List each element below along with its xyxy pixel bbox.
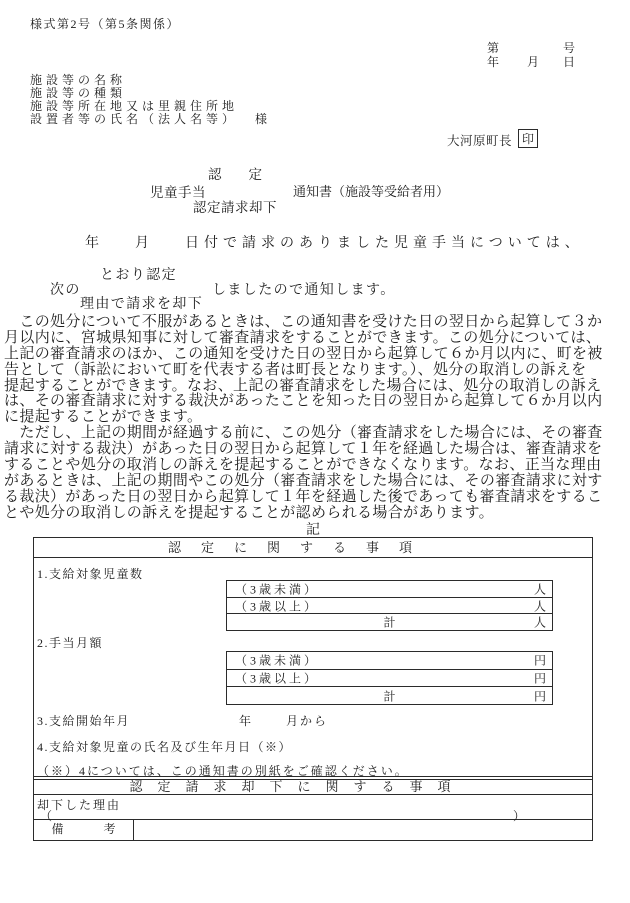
remarks-row: 備 考 <box>34 820 592 840</box>
intro-notify-sentence: しましたので通知します。 <box>212 279 396 299</box>
intro-option-approved: とおり認定 <box>100 264 177 284</box>
unit-persons: 人 <box>534 597 546 614</box>
notice-line: 月以内に、宮城県知事に対して審査請求をすることができます。この処分については、 <box>4 331 604 347</box>
remarks-label: 備 考 <box>34 820 134 840</box>
item-payment-start-date: 3.支給開始年月 <box>37 712 130 729</box>
title-notice-suffix: 通知書（施設等受給者用） <box>293 181 449 200</box>
row-label-total: 計 <box>227 614 552 631</box>
notice-line: この処分について不服があるときは、この通知書を受けた日の翌日から起算して３か <box>4 315 604 331</box>
children-count-subtable: （3歳未満） 人 （3歳以上） 人 計 人 <box>226 580 553 631</box>
notice-line: することや処分の取消しの訴えを提起することができなくなります。なお、正当な理由 <box>4 458 604 474</box>
notice-line: ただし、上記の期間が経過する前に、この処分（審査請求をした場合には、その審査 <box>4 426 604 442</box>
row-label-total: 計 <box>227 687 552 704</box>
details-table: 認定に関する事項 1.支給対象児童数 （3歳未満） 人 （3歳以上） 人 計 人… <box>33 537 593 841</box>
section-header-approval-matters: 認定に関する事項 <box>34 538 592 558</box>
notice-line: る裁決）があった日の翌日から起算して１年を経過した後であっても審査請求をするこ <box>4 490 604 506</box>
intro-option-rejected: 理由で請求を却下 <box>80 293 203 313</box>
payment-start-year-label: 年 <box>239 712 253 729</box>
table-row: （3歳以上） 円 <box>227 670 552 688</box>
date-year-label: 年 <box>487 53 499 70</box>
date-day-label: 日 <box>563 53 575 70</box>
title-option-rejection: 認定請求却下 <box>193 196 277 216</box>
intro-month-label: 月 <box>135 232 149 252</box>
item-monthly-allowance: 2.手当月額 <box>37 634 103 651</box>
table-row-total: 計 人 <box>227 614 552 630</box>
document-page: 様式第2号（第5条関係） 第 号 年 月 日 施設等の名称 施設等の種類 施設等… <box>0 0 630 903</box>
item-children-names-birthdates: 4.支給対象児童の氏名及び生年月日（※） <box>37 738 292 755</box>
asterisk-note: （※）4については、この通知書の別紙をご確認ください。 <box>37 762 409 779</box>
unit-yen: 円 <box>534 687 546 704</box>
date-month-label: 月 <box>527 53 539 70</box>
row-label-over3: （3歳以上） <box>235 597 319 614</box>
table-row: （3歳未満） 人 <box>227 581 552 598</box>
intro-year-label: 年 <box>85 232 99 252</box>
notice-line: があるときは、上記の期間やこの処分（審査請求をした場合には、その審査請求に対す <box>4 474 604 490</box>
unit-persons: 人 <box>534 614 546 631</box>
rejection-reason-cell: 却下した理由 （ ） <box>34 795 592 820</box>
approval-matters-cell: 1.支給対象児童数 （3歳未満） 人 （3歳以上） 人 計 人 2.手当月額 <box>34 558 592 776</box>
item-eligible-children-count: 1.支給対象児童数 <box>37 565 144 582</box>
honorific-sama: 様 <box>255 110 267 127</box>
table-row: （3歳以上） 人 <box>227 598 552 615</box>
intro-request-sentence: 日付で請求のありました児童手当については、 <box>185 232 584 252</box>
recipient-founder-name-label: 設置者等の氏名（法人名等） <box>30 110 238 127</box>
unit-yen: 円 <box>534 670 546 687</box>
row-label-under3: （3歳未満） <box>235 652 319 669</box>
payment-start-month-label: 月から <box>286 712 328 729</box>
notice-line: 上記の審査請求のほか、この通知を受けた日の翌日から起算して６か月以内に、町を被 <box>4 347 604 363</box>
monthly-amount-subtable: （3歳未満） 円 （3歳以上） 円 計 円 <box>226 651 553 705</box>
table-row: （3歳未満） 円 <box>227 652 552 670</box>
row-label-over3: （3歳以上） <box>235 670 319 687</box>
seal-stamp-box: 印 <box>518 129 538 148</box>
unit-persons: 人 <box>534 580 546 597</box>
row-label-under3: （3歳未満） <box>235 580 319 597</box>
issuer-mayor-name: 大河原町長 <box>447 131 512 149</box>
table-row-total: 計 円 <box>227 687 552 704</box>
record-mark: 記 <box>33 519 593 539</box>
unit-yen: 円 <box>534 652 546 669</box>
appeal-notice-paragraphs: この処分について不服があるときは、この通知書を受けた日の翌日から起算して３か 月… <box>4 315 604 522</box>
notice-line: は、その審査請求に対する裁決があったことを知った日の翌日から起算して６か月以内 <box>4 394 604 410</box>
notice-line: に提起することができます。 <box>4 410 604 426</box>
form-reference: 様式第2号（第5条関係） <box>30 15 180 32</box>
intro-prefix: 次の <box>50 279 81 299</box>
title-option-approval: 認 定 <box>208 163 262 183</box>
remarks-value-cell <box>134 820 592 840</box>
notice-line: 請求に対する裁決）があった日の翌日から起算して１年を経過した場合は、審査請求を <box>4 442 604 458</box>
notice-line: 告として（訴訟において町を代表する者は町長となります。）、処分の取消しの訴えを <box>4 363 604 379</box>
